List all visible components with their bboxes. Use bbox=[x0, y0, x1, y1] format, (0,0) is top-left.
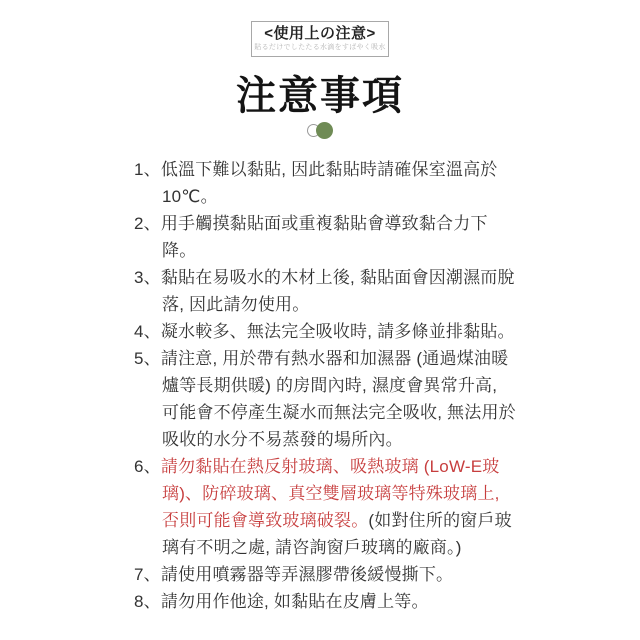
item-number: 1、 bbox=[134, 160, 161, 179]
item-number: 3、 bbox=[134, 268, 161, 287]
notice-item-7: 7、請使用噴霧器等弄濕膠帶後緩慢撕下。 bbox=[134, 561, 516, 588]
notice-item-4: 4、凝水較多、無法完全吸收時, 請多條並排黏貼。 bbox=[134, 318, 516, 345]
notice-page: <使用上の注意> 貼るだけでしたたる水滴をすばやく吸水 注意事項 1、低溫下難以… bbox=[0, 0, 640, 640]
usage-notice-box: <使用上の注意> 貼るだけでしたたる水滴をすばやく吸水 bbox=[251, 21, 389, 57]
item-number: 2、 bbox=[134, 214, 161, 233]
green-circle-icon bbox=[316, 122, 333, 139]
item-text: 請使用噴霧器等弄濕膠帶後緩慢撕下。 bbox=[161, 565, 453, 584]
page-title: 注意事項 bbox=[0, 72, 640, 120]
notice-item-2: 2、用手觸摸黏貼面或重複黏貼會導致黏合力下降。 bbox=[134, 210, 516, 264]
notice-list: 1、低溫下難以黏貼, 因此黏貼時請確保室溫高於10℃。 2、用手觸摸黏貼面或重複… bbox=[134, 156, 516, 615]
item-number: 8、 bbox=[134, 592, 161, 611]
item-text: 凝水較多、無法完全吸收時, 請多條並排黏貼。 bbox=[161, 322, 515, 341]
notice-item-8: 8、請勿用作他途, 如黏貼在皮膚上等。 bbox=[134, 588, 516, 615]
usage-notice-box-subtitle: 貼るだけでしたたる水滴をすばやく吸水 bbox=[254, 43, 386, 52]
notice-item-6: 6、請勿黏貼在熱反射玻璃、吸熱玻璃 (LoW-E玻璃)、防碎玻璃、真空雙層玻璃等… bbox=[134, 453, 516, 561]
notice-item-3: 3、黏貼在易吸水的木材上後, 黏貼面會因潮濕而脫落, 因此請勿使用。 bbox=[134, 264, 516, 318]
notice-item-5: 5、請注意, 用於帶有熱水器和加濕器 (通過煤油暖爐等長期供暖) 的房間內時, … bbox=[134, 345, 516, 453]
item-text: 請注意, 用於帶有熱水器和加濕器 (通過煤油暖爐等長期供暖) 的房間內時, 濕度… bbox=[161, 349, 516, 449]
item-number: 6、 bbox=[134, 457, 161, 476]
item-text: 低溫下難以黏貼, 因此黏貼時請確保室溫高於10℃。 bbox=[161, 160, 498, 206]
notice-item-1: 1、低溫下難以黏貼, 因此黏貼時請確保室溫高於10℃。 bbox=[134, 156, 516, 210]
item-text: 用手觸摸黏貼面或重複黏貼會導致黏合力下降。 bbox=[161, 214, 488, 260]
item-text: 黏貼在易吸水的木材上後, 黏貼面會因潮濕而脫落, 因此請勿使用。 bbox=[161, 268, 515, 314]
item-number: 7、 bbox=[134, 565, 161, 584]
item-number: 4、 bbox=[134, 322, 161, 341]
usage-notice-box-title: <使用上の注意> bbox=[254, 25, 386, 43]
overlapping-circles-icon bbox=[307, 122, 333, 139]
item-number: 5、 bbox=[134, 349, 161, 368]
item-text: 請勿用作他途, 如黏貼在皮膚上等。 bbox=[161, 592, 429, 611]
